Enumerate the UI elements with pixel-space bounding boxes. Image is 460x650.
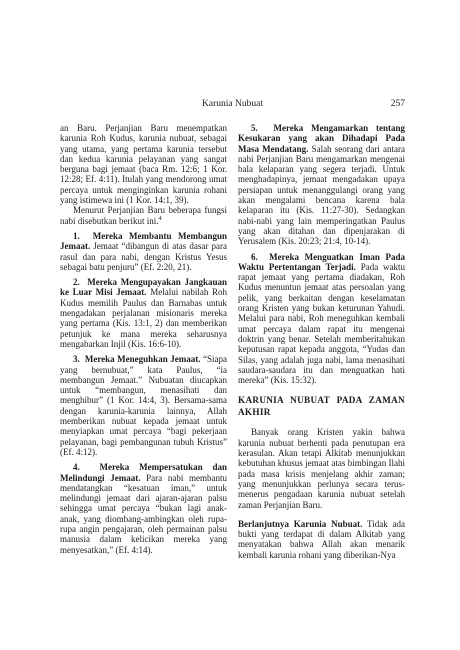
left-column: an Baru. Perjanjian Baru menempatkan kar… (60, 123, 227, 560)
footnote-marker: 4 (158, 215, 161, 222)
book-page: Karunia Nubuat 257 an Baru. Perjanjian B… (0, 0, 460, 650)
right-column: 5. Mereka Mengamarkan tentang Kesukaran … (238, 123, 405, 560)
lead-paragraph: Berlanjutnya Karunia Nubuat. Tidak ada b… (238, 519, 405, 560)
numbered-paragraph-5: 5. Mereka Mengamarkan tentang Kesukaran … (238, 123, 405, 247)
page-number: 257 (391, 99, 405, 110)
intro-paragraph: Menurut Perjanjian Baru beberapa fungsi … (60, 205, 227, 226)
running-head: Karunia Nubuat 257 (60, 99, 405, 110)
section-heading: KARUNIA NUBUAT PADA ZAMAN AKHIR (238, 395, 405, 418)
continued-paragraph: an Baru. Perjanjian Baru menempatkan kar… (60, 123, 227, 205)
item-body: Salah seorang dari antara nabi Perjanjia… (238, 144, 405, 247)
running-head-title: Karunia Nubuat (60, 99, 405, 110)
numbered-paragraph-6: 6. Mereka Menguatkan Iman Pada Waktu Per… (238, 252, 405, 386)
item-heading: 3. Mereka Meneguhkan Jemaat. (73, 354, 200, 364)
numbered-paragraph-3: 3. Mereka Meneguhkan Jemaat. “Siapa yang… (60, 354, 227, 457)
numbered-paragraph-4: 4. Mereka Mempersatukan dan Melindungi J… (60, 462, 227, 555)
lead-heading: Berlanjutnya Karunia Nubuat. (238, 519, 362, 529)
numbered-paragraph-1: 1. Mereka Membantu Membangun Jemaat. Jem… (60, 231, 227, 272)
item-body: Pada waktu rapat jemaat yang pertama dia… (238, 262, 405, 385)
text-columns: an Baru. Perjanjian Baru menempatkan kar… (60, 123, 405, 560)
numbered-paragraph-2: 2. Mereka Mengupayakan Jangkauan ke Luar… (60, 277, 227, 349)
item-body: “Siapa yang bernubuat,” kata Paulus, “ia… (60, 354, 227, 457)
item-body: Para nabi membantu mendatangkan “kesatua… (60, 473, 227, 555)
section-paragraph: Banyak orang Kristen yakin bahwa karunia… (238, 427, 405, 509)
